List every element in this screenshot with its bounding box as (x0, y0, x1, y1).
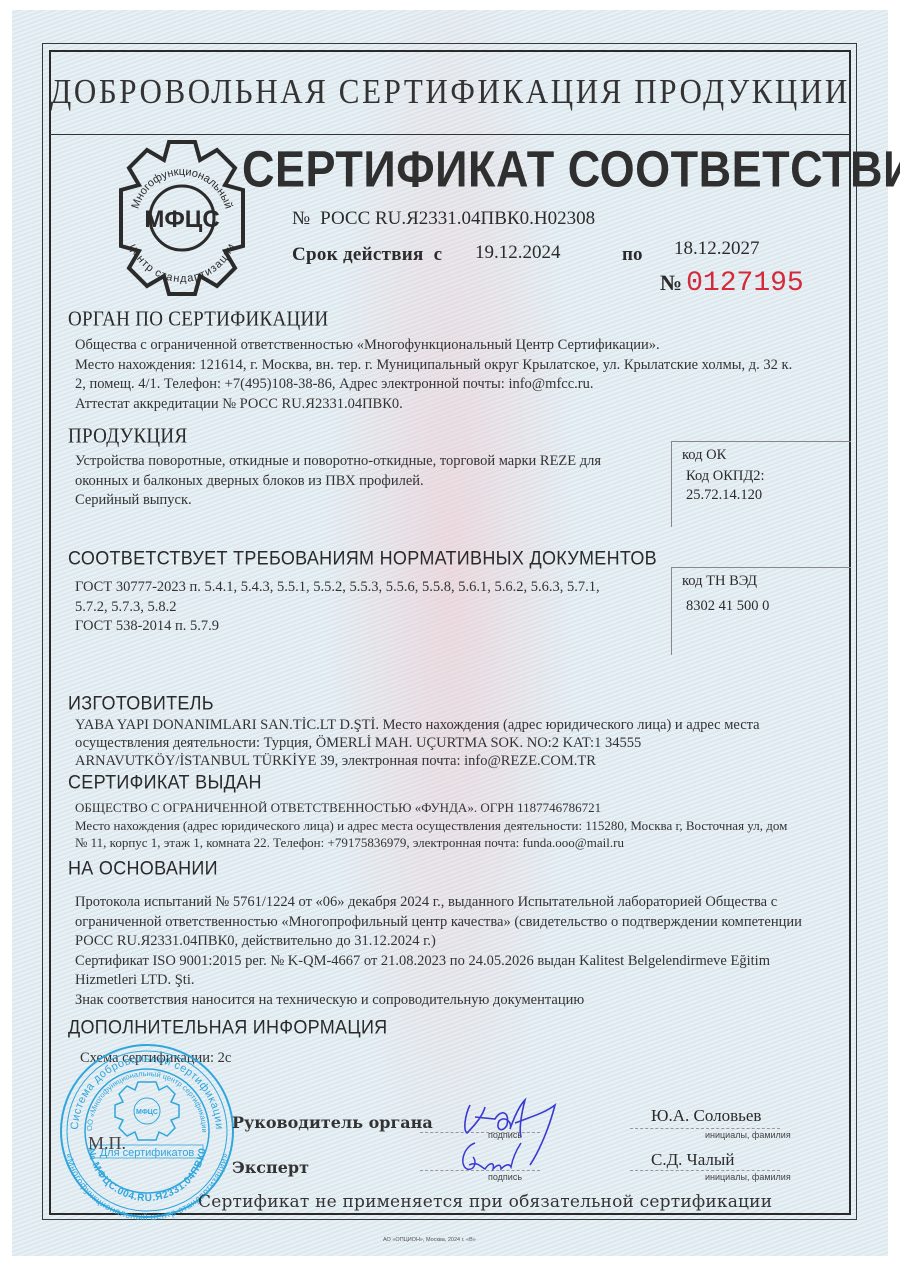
requirements-heading: СООТВЕТСТВУЕТ ТРЕБОВАНИЯМ НОРМАТИВНЫХ ДО… (68, 547, 657, 570)
okpd2-code-box: код ОК Код ОКПД2: 25.72.14.120 (671, 441, 851, 527)
text-line: ограниченной ответственностью «Многопроф… (75, 913, 850, 933)
manufacturer-heading: ИЗГОТОВИТЕЛЬ (68, 692, 214, 715)
seal-place-label: М.П. (88, 1133, 126, 1154)
head-of-body-label: Руководитель органа (232, 1113, 433, 1132)
certification-body-text: Общества с ограниченной ответственностью… (75, 336, 845, 414)
product-heading: ПРОДУКЦИЯ (68, 425, 187, 449)
serial-number-value: 0127195 (686, 268, 804, 299)
valid-to-date: 18.12.2027 (674, 238, 760, 260)
not-for-mandatory-certification-note: Сертификат не применяется при обязательн… (198, 1192, 772, 1212)
text-line: № 11, корпус 1, этаж 1, комната 22. Теле… (75, 834, 850, 852)
manufacturer-text: YABA YAPI DONANIMLARI SAN.TİC.LT D.ŞTİ. … (75, 716, 850, 770)
text-line: Знак соответствия наносится на техническ… (75, 991, 850, 1011)
certificate-number-value: РОСС RU.Я2331.04ПВК0.Н02308 (320, 208, 595, 229)
text-line: Аттестат аккредитации № РОСС RU.Я2331.04… (75, 395, 845, 415)
serial-number: №0127195 (660, 268, 804, 299)
text-line: Hizmetleri LTD. Şti. (75, 971, 850, 991)
head-name-caption: инициалы, фамилия (705, 1130, 791, 1140)
issued-to-text: ОБЩЕСТВО С ОГРАНИЧЕННОЙ ОТВЕТСТВЕННОСТЬЮ… (75, 799, 850, 852)
head-name-line (630, 1128, 780, 1129)
text-line: Общества с ограниченной ответственностью… (75, 336, 845, 356)
text-line: осуществления деятельности: Турция, ÖMER… (75, 734, 850, 752)
text-line: ОБЩЕСТВО С ОГРАНИЧЕННОЙ ОТВЕТСТВЕННОСТЬЮ… (75, 799, 850, 817)
certificate-of-conformity-title: СЕРТИФИКАТ СООТВЕТСТВИЯ (242, 140, 900, 199)
validity-period: Срок действияс 19.12.2024 по 18.12.2027 (292, 244, 812, 266)
issued-to-heading: СЕРТИФИКАТ ВЫДАН (68, 771, 262, 794)
head-name: Ю.А. Соловьев (651, 1106, 761, 1126)
number-sign: № (660, 270, 682, 295)
expert-name-caption: инициалы, фамилия (705, 1172, 791, 1182)
text-line: ГОСТ 538-2014 п. 5.7.9 (75, 617, 675, 637)
text-line: ГОСТ 30777-2023 п. 5.4.1, 5.4.3, 5.5.1, … (75, 578, 675, 598)
tn-ved-value: 8302 41 500 0 (682, 597, 841, 616)
tn-ved-label: код ТН ВЭД (682, 572, 841, 591)
okpd2-label: Код ОКПД2: (682, 467, 841, 486)
basis-heading: НА ОСНОВАНИИ (68, 857, 218, 880)
text-line: 5.7.2, 5.7.3, 5.8.2 (75, 598, 675, 618)
text-line: Устройства поворотные, откидные и поворо… (75, 452, 665, 472)
validity-label: Срок действия (292, 244, 424, 265)
text-line: оконных и балконых дверных блоков из ПВХ… (75, 472, 665, 492)
text-line: Место нахождения (адрес юридического лиц… (75, 817, 850, 835)
certificate-number: №РОСС RU.Я2331.04ПВК0.Н02308 (292, 208, 595, 230)
expert-signature-icon (455, 1135, 535, 1185)
voluntary-certification-title: ДОБРОВОЛЬНАЯ СЕРТИФИКАЦИЯ ПРОДУКЦИИ (49, 45, 851, 139)
valid-from-date: 19.12.2024 (475, 242, 561, 264)
additional-info-heading: ДОПОЛНИТЕЛЬНАЯ ИНФОРМАЦИЯ (68, 1016, 388, 1039)
okpd2-value: 25.72.14.120 (682, 486, 841, 505)
svg-text:МФЦС: МФЦС (144, 206, 219, 233)
tn-ved-code-box: код ТН ВЭД 8302 41 500 0 (671, 567, 851, 655)
expert-name-line (630, 1170, 780, 1171)
ok-code-label: код ОК (682, 446, 841, 465)
certification-body-heading: ОРГАН ПО СЕРТИФИКАЦИИ (68, 308, 329, 332)
text-line: 2, помещ. 4/1. Телефон: +7(495)108-38-86… (75, 375, 845, 395)
printer-imprint: АО «ОПЦИОН», Москва, 2024 г. «В» (383, 1237, 476, 1243)
validity-from-keyword: с (434, 244, 442, 265)
expert-label: Эксперт (232, 1158, 309, 1177)
text-line: ARNAVUTKÖY/İSTANBUL TÜRKİYE 39, электрон… (75, 752, 850, 770)
text-line: Сертификат ISO 9001:2015 рег. № K-QM-466… (75, 952, 850, 972)
expert-name: С.Д. Чалый (651, 1150, 734, 1170)
text-line: Серийный выпуск. (75, 491, 665, 511)
text-line: YABA YAPI DONANIMLARI SAN.TİC.LT D.ŞTİ. … (75, 716, 850, 734)
text-line: Место нахождения: 121614, г. Москва, вн.… (75, 356, 845, 376)
svg-text:Многофункциональный: Многофункциональный (130, 166, 235, 210)
basis-text: Протокола испытаний № 5761/1224 от «06» … (75, 893, 850, 1010)
text-line: Протокола испытаний № 5761/1224 от «06» … (75, 893, 850, 913)
svg-text:МФЦС: МФЦС (136, 1109, 158, 1116)
validity-to-keyword: по (622, 244, 642, 266)
product-text: Устройства поворотные, откидные и поворо… (75, 452, 665, 511)
requirements-text: ГОСТ 30777-2023 п. 5.4.1, 5.4.3, 5.5.1, … (75, 578, 675, 637)
text-line: РОСС RU.Я2331.04ПВК0, действительно до 3… (75, 932, 850, 952)
number-sign: № (292, 208, 310, 229)
